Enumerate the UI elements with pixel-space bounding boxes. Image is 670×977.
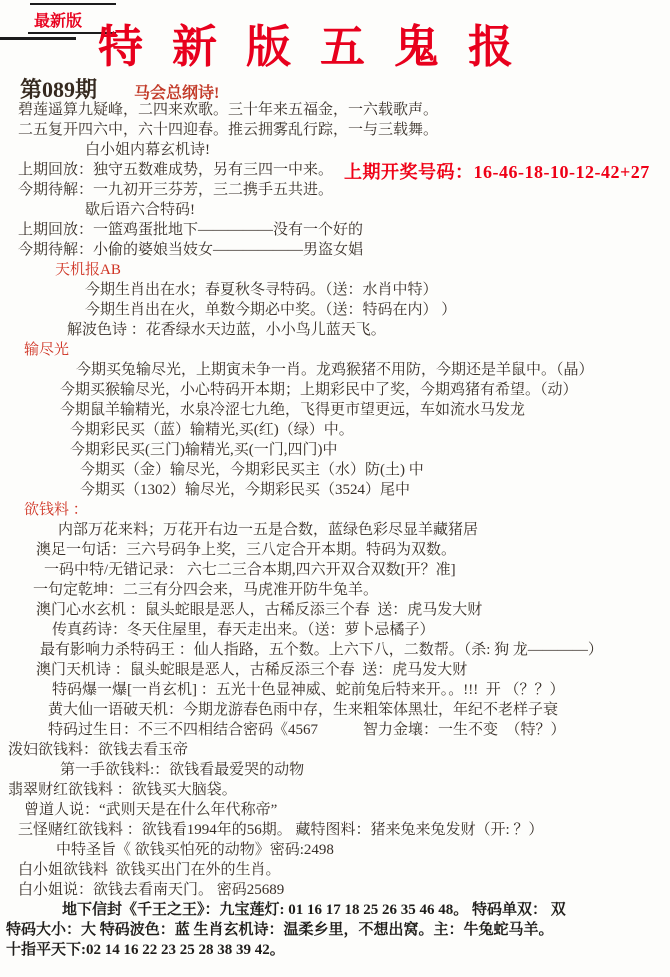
last-draw-label: 上期开奖号码：: [344, 162, 474, 182]
text-line: 今期买猴输尽光，小心特码开本期；上期彩民中了奖，今期鸡猪有希望。（动）: [0, 380, 670, 400]
text-line: 特码爆一爆[一肖玄机] ：五光十色显神威、蛇前兔后特来开。。!!! 开 （？？）: [0, 680, 670, 700]
text-line: 白小姐内幕玄机诗!: [0, 140, 670, 160]
text-line: 今期生肖出在火，单数今期必中奖。（送：特码在内） ）: [0, 300, 670, 320]
text-line: 十指平天下:02 14 16 22 23 25 28 38 39 42。: [0, 940, 670, 960]
text-line: 一码中特/无错记录： 六七二三合本期,四六开双合双数[开？准]: [0, 560, 670, 580]
badge-rule-top: [30, 3, 116, 5]
text-line: 澳门天机诗 ：鼠头蛇眼是恶人，古稀反添三个春 送：虎马发大财: [0, 660, 670, 680]
text-line: 碧莲遥算九疑峰，二四来欢歌。三十年来五福金，一六载歌声。: [0, 100, 670, 120]
text-line: 第一手欲钱料:：欲钱看最爱哭的动物: [0, 760, 670, 780]
text-line: 澳足一句话：三六号码争上奖，三八定合开本期。特码为双数。: [0, 540, 670, 560]
text-line: 今期待解：小偷的婆娘当妓女——————男盗女娼: [0, 240, 670, 260]
text-line: 今期彩民买（蓝）输精光,买(红)（绿）中。: [0, 420, 670, 440]
text-line: 特码大小：大 特码波色：蓝 生肖玄机诗：温柔乡里，不想出窝。主：牛兔蛇马羊。: [0, 920, 670, 940]
text-line: 歇后语六合特码!: [0, 200, 670, 220]
text-line: 白小姐欲钱料 欲钱买出门在外的生肖。: [0, 860, 670, 880]
text-line: 今期鼠羊输精光，水泉冷涩七九绝，飞得更市望更远，车如流水马发龙: [0, 400, 670, 420]
last-draw-numbers: 上期开奖号码：16-46-18-10-12-42+27: [344, 158, 650, 184]
content-lines: 碧莲遥算九疑峰，二四来欢歌。三十年来五福金，一六载歌声。二五复开四六中，六十四迎…: [0, 100, 670, 960]
last-draw-value: 16-46-18-10-12-42+27: [474, 162, 650, 182]
text-line: 输尽光: [0, 340, 670, 360]
text-line: 最有影响力杀特码王 ：仙人指路，五个数。上六下八，二数帮。（杀: 狗 龙————…: [0, 640, 670, 660]
text-line: 上期回放：一篮鸡蛋批地下—————没有一个好的: [0, 220, 670, 240]
text-line: 泼妇欲钱料：欲钱去看玉帝: [0, 740, 670, 760]
text-line: 传真药诗：冬天住屋里，春天走出来。（送：萝卜忌橘子）: [0, 620, 670, 640]
text-line: 澳门心水玄机 ：鼠头蛇眼是恶人，古稀反添三个春 送：虎马发大财: [0, 600, 670, 620]
text-line: 中特圣旨《 欲钱买怕死的动物》密码:2498: [0, 840, 670, 860]
text-line: 内部万花来料；万花开右边一五是合数，蓝绿色彩尽显羊藏猪居: [0, 520, 670, 540]
text-line: 曾道人说：“武则天是在什么年代称帝”: [0, 800, 670, 820]
edition-badge: 最新版: [34, 8, 82, 31]
text-line: 今期生肖出在水；春夏秋冬寻特码。（送：水肖中特）: [0, 280, 670, 300]
text-line: 地下信封《千王之王》：九宝莲灯: 01 16 17 18 25 26 35 46…: [0, 900, 670, 920]
text-line: 三怪赌红欲钱料 ：欲钱看1994年的56期。 藏特图料：猪来兔来兔发财（开: ？…: [0, 820, 670, 840]
text-line: 翡翠财红欲钱料 ：欲钱买大脑袋。: [0, 780, 670, 800]
text-line: 今期买（金）输尽光，今期彩民买主（水）防(土) 中: [0, 460, 670, 480]
text-line: 黄大仙一语破天机：今期龙游春色雨中存，生来粗笨体黑壮，年纪不老样子衰: [0, 700, 670, 720]
text-line: 天机报AB: [0, 260, 670, 280]
page-title: 特新版五鬼报: [98, 22, 542, 72]
text-line: 今期彩民买(三门)输精光,买(一门,四门)中: [0, 440, 670, 460]
five-ghost-report-page: 最新版 特新版五鬼报 第089期 马会总纲诗! 碧莲遥算九疑峰，二四来欢歌。三十…: [0, 0, 670, 977]
text-line: 欲钱料 ：: [0, 500, 670, 520]
text-line: 二五复开四六中，六十四迎春。推云拥雾乱行踪，一与三载舞。: [0, 120, 670, 140]
text-line: 一句定乾坤：二三有分四会来，马虎准开防牛兔羊。: [0, 580, 670, 600]
left-margin-rule: [0, 37, 76, 40]
text-line: 今期买兔输尽光，上期寅未争一肖。龙鸡猴猪不用防，今期还是羊鼠中。（晶）: [0, 360, 670, 380]
text-line: 解波色诗 ：花香绿水天边蓝，小小鸟儿蓝天飞。: [0, 320, 670, 340]
text-line: 特码过生日：不三不四相结合密码《4567 智力金壤：一生不变 （特？）: [0, 720, 670, 740]
text-line: 今期买（1302）输尽光，今期彩民买（3524）尾中: [0, 480, 670, 500]
text-line: 白小姐说：欲钱去看南天门。 密码25689: [0, 880, 670, 900]
